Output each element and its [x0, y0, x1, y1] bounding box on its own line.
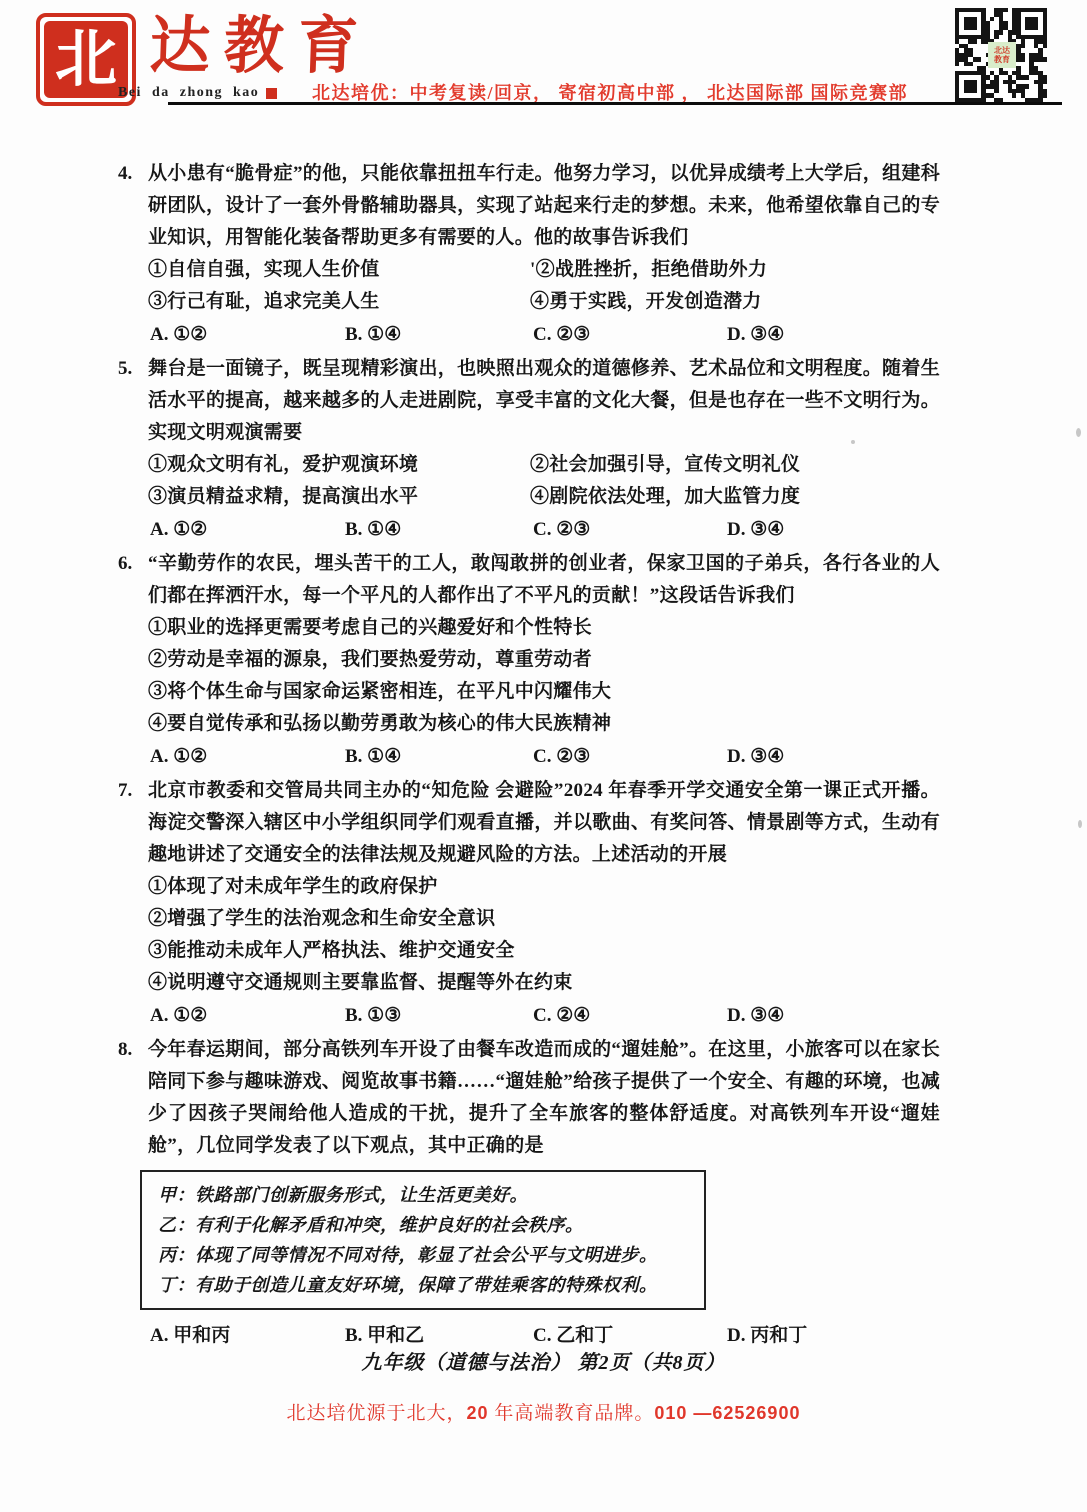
scan-artifact	[851, 440, 855, 444]
choice-d: D. ③④	[727, 741, 940, 773]
option-4: ④勇于实践，开发创造潜力	[530, 286, 940, 318]
footer-page-info: 九年级（道德与法治） 第2页（共8页）	[0, 1346, 1087, 1375]
option-3: ③将个体生命与国家命运紧密相连，在平凡中闪耀伟大	[148, 676, 940, 708]
qr-label-line2: 教育	[994, 55, 1010, 64]
choices-row: A. ①② B. ①④ C. ②③ D. ③④	[118, 741, 940, 773]
option-list: ①观众文明有礼，爱护观演环境 ②社会加强引导，宣传文明礼仪 ③演员精益求精，提高…	[118, 449, 940, 513]
choice-a: A. ①②	[150, 319, 345, 351]
choice-c: C. ②③	[533, 514, 727, 546]
question-number: 4.	[118, 158, 148, 254]
qr-center-label: 北达 教育	[988, 42, 1016, 68]
logo-seal-character: 北	[55, 29, 117, 91]
option-1: ①自信自强，实现人生价值	[148, 254, 530, 286]
option-2: ②社会加强引导，宣传文明礼仪	[530, 449, 940, 481]
choice-b: B. ①④	[345, 319, 533, 351]
contact-text-2: 年高端教育品牌。	[489, 1403, 655, 1424]
choice-d: D. ③④	[727, 1000, 940, 1032]
option-4: ④说明遵守交通规则主要靠监督、提醒等外在约束	[148, 967, 940, 999]
choice-b: B. ①④	[345, 514, 533, 546]
option-2: ②劳动是幸福的源泉，我们要热爱劳动，尊重劳动者	[148, 644, 940, 676]
question-stem: “辛勤劳作的农民，埋头苦干的工人，敢闯敢拼的创业者，保家卫国的子弟兵，各行各业的…	[148, 548, 940, 612]
logo-seal-inner: 北	[44, 21, 128, 98]
question-6: 6. “辛勤劳作的农民，埋头苦干的工人，敢闯敢拼的创业者，保家卫国的子弟兵，各行…	[118, 548, 940, 773]
logo-title: 达教育	[149, 15, 373, 77]
statement-bing: 丙：体现了同等情况不同对待，彰显了社会公平与文明进步。	[158, 1241, 696, 1271]
scan-artifact	[1076, 428, 1081, 437]
option-3: ③行己有耻，追求完美人生	[148, 286, 530, 318]
contact-years: 20	[467, 1403, 489, 1423]
logo-subtitle-text: Bei da zhong kao	[118, 85, 259, 101]
contact-text-1: 北达培优源于北大，	[287, 1403, 467, 1424]
choice-a: A. ①②	[150, 1000, 345, 1032]
contact-phone: 010 —62526900	[654, 1403, 800, 1423]
choice-d: D. ③④	[727, 319, 940, 351]
statement-ding: 丁：有助于创造儿童友好环境，保障了带娃乘客的特殊权利。	[158, 1271, 696, 1301]
option-2: '②战胜挫折，拒绝借助外力	[530, 254, 940, 286]
header-divider	[168, 102, 1062, 105]
choice-d: D. ③④	[727, 514, 940, 546]
option-list: ①职业的选择更需要考虑自己的兴趣爱好和个性特长 ②劳动是幸福的源泉，我们要热爱劳…	[118, 612, 940, 740]
option-4: ④要自觉传承和弘扬以勤劳勇敢为核心的伟大民族精神	[148, 708, 940, 740]
choices-row: A. ①② B. ①④ C. ②③ D. ③④	[118, 319, 940, 351]
choice-c: C. ②③	[533, 741, 727, 773]
question-stem: 今年春运期间，部分高铁列车开设了由餐车改造而成的“遛娃舱”。在这里，小旅客可以在…	[148, 1034, 940, 1162]
choice-b: B. ①③	[345, 1000, 533, 1032]
question-stem: 舞台是一面镜子，既呈现精彩演出，也映照出观众的道德修养、艺术品位和文明程度。随着…	[148, 353, 940, 449]
option-1: ①观众文明有礼，爱护观演环境	[148, 449, 530, 481]
statement-yi: 乙：有利于化解矛盾和冲突，维护良好的社会秩序。	[158, 1211, 696, 1241]
question-stem: 北京市教委和交管局共同主办的“知危险 会避险”2024 年春季开学交通安全第一课…	[148, 775, 940, 871]
option-3: ③演员精益求精，提高演出水平	[148, 481, 530, 513]
question-area: 4. 从小患有“脆骨症”的他，只能依靠扭扭车行走。他努力学习，以优异成绩考上大学…	[118, 158, 940, 1354]
footer-contact: 北达培优源于北大，20 年高端教育品牌。010 —62526900	[0, 1398, 1087, 1425]
logo-red-square	[266, 88, 277, 99]
choices-row: A. ①② B. ①④ C. ②③ D. ③④	[118, 514, 940, 546]
choice-c: C. ②③	[533, 319, 727, 351]
option-1: ①体现了对未成年学生的政府保护	[148, 871, 940, 903]
option-3: ③能推动未成年人严格执法、维护交通安全	[148, 935, 940, 967]
question-stem: 从小患有“脆骨症”的他，只能依靠扭扭车行走。他努力学习，以优异成绩考上大学后，组…	[148, 158, 940, 254]
option-list: ①体现了对未成年学生的政府保护 ②增强了学生的法治观念和生命安全意识 ③能推动未…	[118, 871, 940, 999]
logo-subtitle: Bei da zhong kao	[118, 85, 277, 101]
qr-label-line1: 北达	[994, 46, 1010, 55]
option-4: ④剧院依法处理，加大监管力度	[530, 481, 940, 513]
question-7: 7. 北京市教委和交管局共同主办的“知危险 会避险”2024 年春季开学交通安全…	[118, 775, 940, 1032]
option-1: ①职业的选择更需要考虑自己的兴趣爱好和个性特长	[148, 612, 940, 644]
question-number: 8.	[118, 1034, 148, 1162]
question-8: 8. 今年春运期间，部分高铁列车开设了由餐车改造而成的“遛娃舱”。在这里，小旅客…	[118, 1034, 940, 1352]
choice-b: B. ①④	[345, 741, 533, 773]
question-number: 7.	[118, 775, 148, 871]
choice-a: A. ①②	[150, 741, 345, 773]
option-2: ②增强了学生的法治观念和生命安全意识	[148, 903, 940, 935]
choices-row: A. ①② B. ①③ C. ②④ D. ③④	[118, 1000, 940, 1032]
statement-jia: 甲：铁路部门创新服务形式，让生活更美好。	[158, 1181, 696, 1211]
exam-page: 北 达教育 Bei da zhong kao 北达培优：中考复读/回京， 寄宿初…	[0, 0, 1087, 1512]
question-5: 5. 舞台是一面镜子，既呈现精彩演出，也映照出观众的道德修养、艺术品位和文明程度…	[118, 353, 940, 546]
statements-box: 甲：铁路部门创新服务形式，让生活更美好。 乙：有利于化解矛盾和冲突，维护良好的社…	[140, 1170, 706, 1310]
choice-c: C. ②④	[533, 1000, 727, 1032]
qr-code: 北达 教育	[955, 8, 1047, 102]
question-4: 4. 从小患有“脆骨症”的他，只能依靠扭扭车行走。他努力学习，以优异成绩考上大学…	[118, 158, 940, 351]
choice-a: A. ①②	[150, 514, 345, 546]
scan-artifact	[1078, 820, 1082, 828]
question-number: 5.	[118, 353, 148, 449]
question-number: 6.	[118, 548, 148, 612]
option-list: ①自信自强，实现人生价值 '②战胜挫折，拒绝借助外力 ③行己有耻，追求完美人生 …	[118, 254, 940, 318]
